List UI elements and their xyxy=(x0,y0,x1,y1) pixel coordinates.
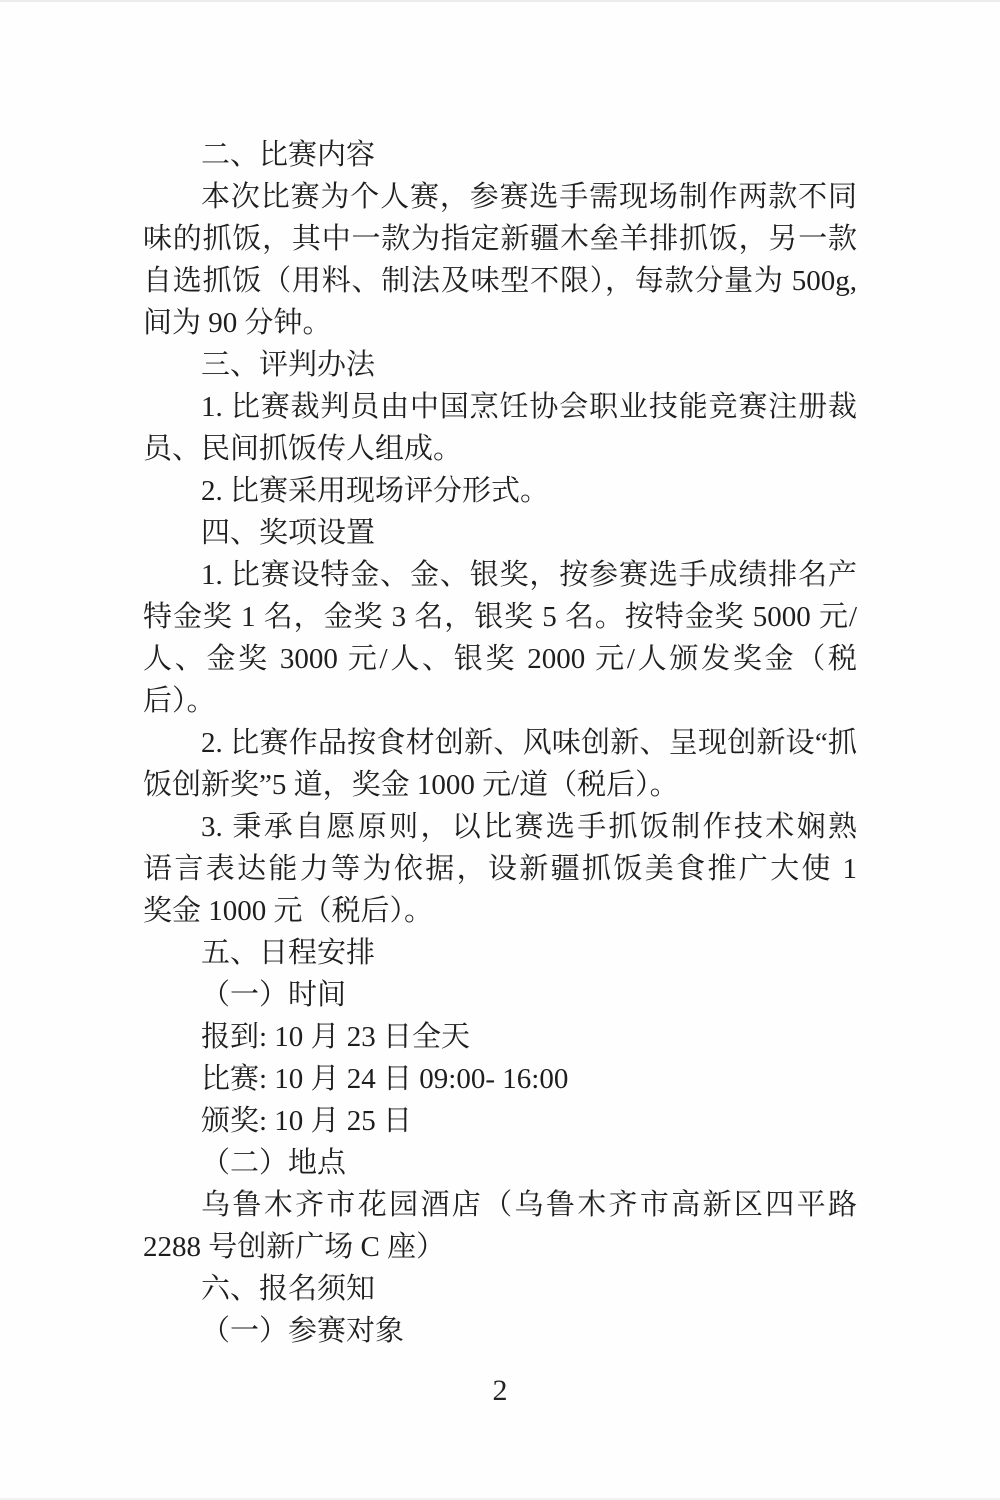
text-line: 饭创新奖”5 道，奖金 1000 元/道（税后）。 xyxy=(143,764,857,806)
text-line: 五、日程安排 xyxy=(143,932,857,974)
text-line: 2. 比赛作品按食材创新、风味创新、呈现创新设“抓 xyxy=(143,722,857,764)
text-line: 2288 号创新广场 C 座） xyxy=(143,1226,857,1268)
text-line: 1. 比赛裁判员由中国烹饪协会职业技能竞赛注册裁判 xyxy=(143,386,857,428)
document-page: 二、比赛内容本次比赛为个人赛，参赛选手需现场制作两款不同风味的抓饭，其中一款为指… xyxy=(0,0,1000,1500)
text-line: （二）地点 xyxy=(143,1142,857,1184)
text-line: 间为 90 分钟。 xyxy=(143,302,857,344)
text-line: 四、奖项设置 xyxy=(143,512,857,554)
text-line: 后）。 xyxy=(143,680,857,722)
text-line: 自选抓饭（用料、制法及味型不限），每款分量为 500g, 时 xyxy=(143,260,857,302)
text-line: 员、民间抓饭传人组成。 xyxy=(143,428,857,470)
text-line: 二、比赛内容 xyxy=(143,134,857,176)
text-line: 六、报名须知 xyxy=(143,1268,857,1310)
text-line: 特金奖 1 名，金奖 3 名，银奖 5 名。按特金奖 5000 元/ xyxy=(143,596,857,638)
text-line: 乌鲁木齐市花园酒店（乌鲁木齐市高新区四平路 xyxy=(143,1184,857,1226)
text-line: 本次比赛为个人赛，参赛选手需现场制作两款不同风 xyxy=(143,176,857,218)
text-line: 三、评判办法 xyxy=(143,344,857,386)
text-line: 人、金奖 3000 元/人、银奖 2000 元/人颁发奖金（税 xyxy=(143,638,857,680)
text-line: 1. 比赛设特金、金、银奖，按参赛选手成绩排名产生 xyxy=(143,554,857,596)
text-line: 比赛: 10 月 24 日 09:00- 16:00 xyxy=(143,1058,857,1100)
page-number: 2 xyxy=(0,1374,1000,1408)
text-line: 语言表达能力等为依据，设新疆抓饭美食推广大使 1 名， xyxy=(143,848,857,890)
text-line: （一）参赛对象 xyxy=(143,1310,857,1352)
text-line: 味的抓饭，其中一款为指定新疆木垒羊排抓饭，另一款为 xyxy=(143,218,857,260)
text-line: 3. 秉承自愿原则，以比赛选手抓饭制作技术娴熟性、 xyxy=(143,806,857,848)
text-line: （一）时间 xyxy=(143,974,857,1016)
text-line: 报到: 10 月 23 日全天 xyxy=(143,1016,857,1058)
text-line: 2. 比赛采用现场评分形式。 xyxy=(143,470,857,512)
text-line: 奖金 1000 元（税后）。 xyxy=(143,890,857,932)
text-line: 颁奖: 10 月 25 日 xyxy=(143,1100,857,1142)
document-body: 二、比赛内容本次比赛为个人赛，参赛选手需现场制作两款不同风味的抓饭，其中一款为指… xyxy=(143,134,857,1352)
